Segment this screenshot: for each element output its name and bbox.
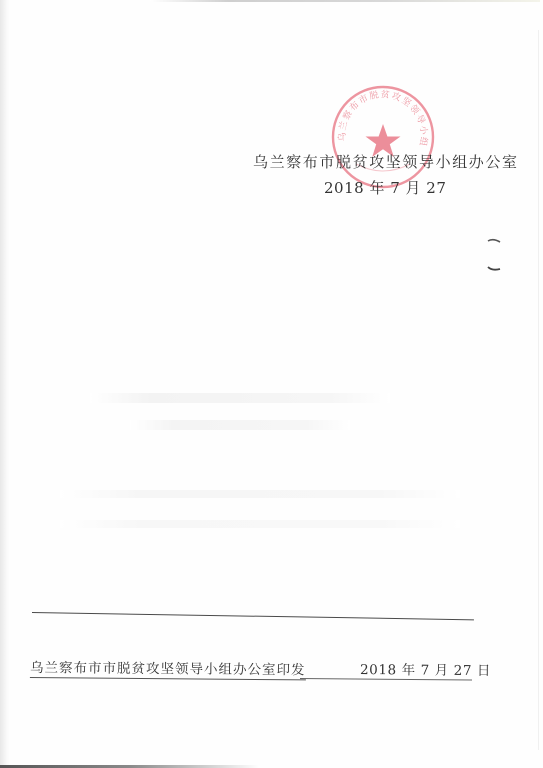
staple-mark-icon — [487, 266, 501, 272]
bleed-through-text — [90, 393, 390, 403]
footer-divider — [32, 612, 474, 620]
staple-mark-icon — [487, 238, 501, 244]
footer-underline — [300, 678, 472, 681]
footer-issuer: 乌兰察布市市脱贫攻坚领导小组办公室印发 — [30, 656, 306, 680]
bleed-through-text — [60, 490, 460, 498]
scan-edge-left — [0, 0, 10, 768]
bleed-through-text — [60, 520, 460, 528]
bleed-through-text — [130, 420, 350, 430]
scan-edge-right — [538, 30, 539, 750]
signature-date: 2018 年 7 月 27 — [324, 177, 446, 198]
scan-edge-top — [150, 0, 540, 2]
document-page: 乌兰察布市脱贫攻坚领导小组办公室 乌兰察布市脱贫攻坚领导小组办公室 2018 年… — [0, 0, 543, 768]
official-seal-icon: 乌兰察布市脱贫攻坚领导小组办公室 — [328, 82, 438, 192]
signature-organization: 乌兰察布市脱贫攻坚领导小组办公室 — [253, 151, 519, 172]
footer-date: 2018 年 7 月 27 日 — [360, 658, 491, 679]
